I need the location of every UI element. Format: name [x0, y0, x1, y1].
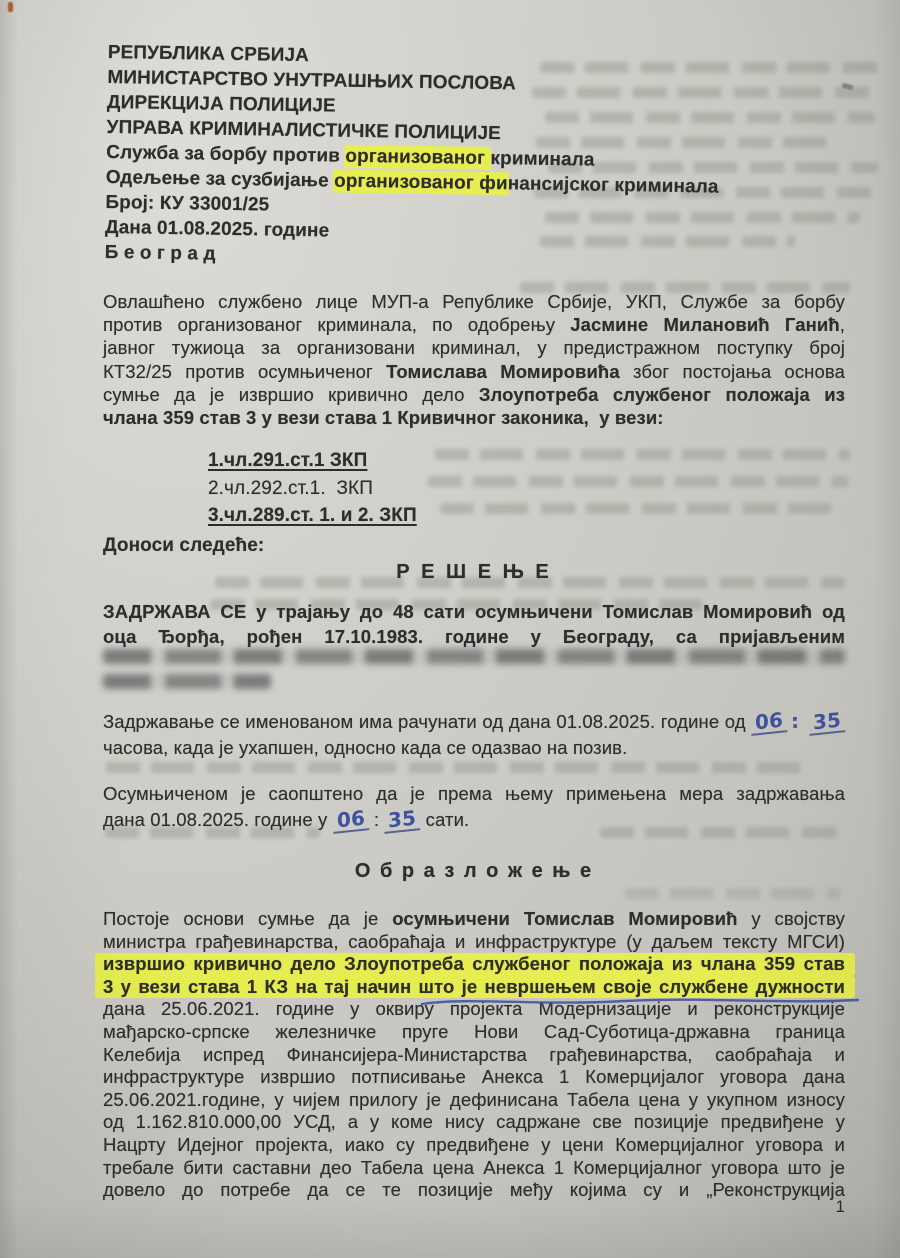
text-segment: , — [840, 314, 845, 335]
dust-speck — [8, 2, 13, 12]
text-segment: Број: КУ 33001/25 — [105, 192, 269, 216]
text-line: мађарско-српске железничке пруге Нови Са… — [103, 1021, 845, 1044]
text-line: требале бити саставни део Табела цена Ан… — [103, 1157, 845, 1180]
text-segment: дана 01.08.2025. године у — [103, 809, 333, 830]
text-segment: Овлашћено службено лице МУП-а Републике … — [103, 291, 845, 312]
text-line: извршио кривично дело Злоупотреба службе… — [95, 953, 855, 976]
intro-paragraph: Овлашћено службено лице МУП-а Републике … — [103, 290, 845, 429]
text-line: Келебија испред Финансијера-Министарства… — [103, 1044, 845, 1067]
text-line: оца Ђорђа, рођен 17.10.1983. године у Бе… — [103, 624, 845, 649]
page-number: 1 — [103, 1197, 875, 1217]
text-segment: Јасмине Милановић Ганић — [570, 314, 840, 335]
text-line: од 1.162.810.000,00 УСД, а у коме нису с… — [103, 1111, 845, 1134]
text-line: 25.06.2021.године, у чијем прилогу је де… — [103, 1089, 845, 1112]
text-line: 1.чл.291.ст.1 ЗКП — [208, 447, 708, 475]
handwritten-time: : — [787, 710, 804, 733]
text-line: 2.чл.292.ст.1. ЗКП — [208, 475, 708, 503]
text-line: члана 359 став 3 у вези става 1 Кривично… — [103, 406, 845, 429]
text-line: 3.чл.289.ст. 1. и 2. ЗКП — [208, 502, 708, 530]
resenje-heading: Р Е Ш Е Њ Е — [103, 561, 845, 584]
text-line: Постоје основи сумње да је осумњичени То… — [103, 908, 845, 931]
redacted-address-line — [103, 674, 271, 689]
redacted-address-line — [103, 649, 845, 664]
text-line: јавног тужиоца за организовани криминал,… — [103, 336, 845, 359]
text-segment: министра грађевинарства, саобраћаја и ин… — [103, 931, 845, 952]
handwritten-time: 35 — [384, 807, 421, 834]
text-segment: сумње да је извршио кривично дело — [103, 384, 479, 405]
text-segment: због постојања основа — [620, 361, 845, 382]
highlighted-text: организованог — [345, 146, 490, 169]
text-segment: Нацрту Идејног пројекта, иако су предвиђ… — [103, 1134, 845, 1155]
text-line: часова, када је ухапшен, односно када се… — [103, 735, 845, 761]
text-line: Задржавање се именованом има рачунати од… — [103, 709, 845, 735]
document-photo: РЕПУБЛИКА СРБИЈАМИНИСТАРСТВО УНУТРАШЊИХ … — [0, 0, 900, 1258]
text-segment: у својству — [738, 908, 846, 929]
bleed-through-text — [106, 762, 806, 773]
text-line: сумње да је извршио кривично дело Злоупо… — [103, 383, 845, 406]
text-segment: криминала — [490, 148, 594, 171]
text-segment: инфраструктуре извршио потписивање Анекс… — [103, 1066, 845, 1087]
text-segment: мађарско-српске железничке пруге Нови Са… — [103, 1021, 845, 1042]
text-segment: Одељење за сузбијање — [106, 167, 335, 192]
text-line: инфраструктуре извршио потписивање Анекс… — [103, 1066, 845, 1089]
text-segment: Злоупотреба службеног положаја из — [479, 384, 845, 405]
text-segment: 25.06.2021.године, у чијем прилогу је де… — [103, 1089, 845, 1110]
notification-paragraph: Осумњиченом је саопштено да је према њем… — [103, 781, 845, 832]
obrazlozenje-heading: О б р а з л о ж е њ е — [103, 860, 845, 883]
text-segment: Дана 01.08.2025. године — [105, 217, 329, 242]
detention-order-paragraph: ЗАДРЖАВА СЕ у трајању до 48 сати осумњич… — [103, 599, 845, 649]
handwritten-time: 35 — [809, 709, 846, 736]
text-segment: требале бити саставни део Табела цена Ан… — [103, 1157, 845, 1178]
text-line: КТ32/25 против осумњиченог Томислава Мом… — [103, 360, 845, 383]
text-segment: дана 25.06.2021. године у оквиру пројект… — [103, 998, 845, 1019]
text-segment: Келебија испред Финансијера-Министарства… — [103, 1044, 845, 1065]
handwritten-time: 06 — [751, 709, 788, 736]
text-segment: нансијског криминала — [508, 173, 719, 197]
text-segment: од 1.162.810.000,00 УСД, а у коме нису с… — [103, 1111, 845, 1132]
text-line: ЗАДРЖАВА СЕ у трајању до 48 сати осумњич… — [103, 599, 845, 624]
letterhead: РЕПУБЛИКА СРБИЈАМИНИСТАРСТВО УНУТРАШЊИХ … — [104, 40, 867, 277]
text-segment: Осумњиченом је саопштено да је према њем… — [103, 783, 845, 804]
reasoning-paragraph: Постоје основи сумње да је осумњичени То… — [103, 908, 845, 1202]
text-segment: члана 359 став 3 у вези става 1 Кривично… — [103, 407, 664, 428]
text-segment: јавног тужиоца за организовани криминал,… — [103, 337, 845, 358]
text-line: Овлашћено службено лице МУП-а Републике … — [103, 290, 845, 313]
text-line: Нацрту Идејног пројекта, иако су предвиђ… — [103, 1134, 845, 1157]
text-segment: 3.чл.289.ст. 1. и 2. ЗКП — [208, 505, 417, 526]
text-segment: Служба за борбу против — [106, 142, 345, 167]
handwritten-time: 06 — [332, 807, 369, 834]
text-segment: часова, када је ухапшен, односно када се… — [103, 737, 627, 758]
zkp-article-list: 1.чл.291.ст.1 ЗКП2.чл.292.ст.1. ЗКП3.чл.… — [208, 447, 708, 530]
text-segment: РЕПУБЛИКА СРБИЈА — [108, 42, 309, 66]
text-line: министра грађевинарства, саобраћаја и ин… — [103, 931, 845, 954]
text-line: дана 25.06.2021. године у оквиру пројект… — [103, 998, 845, 1021]
text-segment: 1.чл.291.ст.1 ЗКП — [208, 450, 367, 471]
text-line: Осумњиченом је саопштено да је према њем… — [103, 781, 845, 807]
donosi-line: Доноси следеће: — [103, 534, 845, 557]
text-segment: 2.чл.292.ст.1. ЗКП — [208, 478, 373, 499]
text-segment: КТ32/25 против осумњиченог — [103, 361, 386, 382]
text-segment: ЗАДРЖАВА СЕ у трајању до 48 сати осумњич… — [103, 601, 845, 622]
donosi-label: Доноси следеће: — [103, 534, 845, 557]
text-segment: извршио кривично дело Злоупотреба службе… — [103, 953, 845, 974]
highlighted-text: организованог фи — [334, 171, 508, 195]
text-segment: оца Ђорђа, рођен 17.10.1983. године у Бе… — [103, 626, 845, 647]
text-segment: Б е о г р а д — [104, 242, 215, 265]
text-line: против организованог криминала, по одобр… — [103, 313, 845, 336]
text-segment: Задржавање се именованом има рачунати од… — [103, 711, 751, 732]
text-segment: : — [369, 809, 385, 830]
text-segment: осумњичени Томислав Момировић — [392, 908, 737, 929]
text-segment: против организованог криминала, по одобр… — [103, 314, 570, 335]
bleed-through-text — [625, 888, 840, 899]
text-segment: ДИРЕКЦИЈА ПОЛИЦИЈЕ — [107, 92, 336, 117]
text-segment: 3 у вези става 1 КЗ на тај начин што је … — [103, 976, 845, 997]
text-segment: Постоје основи сумње да је — [103, 908, 392, 929]
detention-start-paragraph: Задржавање се именованом има рачунати од… — [103, 709, 845, 760]
text-segment: сати. — [420, 809, 469, 830]
text-line: 3 у вези става 1 КЗ на тај начин што је … — [95, 976, 855, 999]
text-line: дана 01.08.2025. године у 06 : 35 сати. — [103, 807, 845, 833]
text-segment: Томислава Момировића — [386, 361, 620, 382]
